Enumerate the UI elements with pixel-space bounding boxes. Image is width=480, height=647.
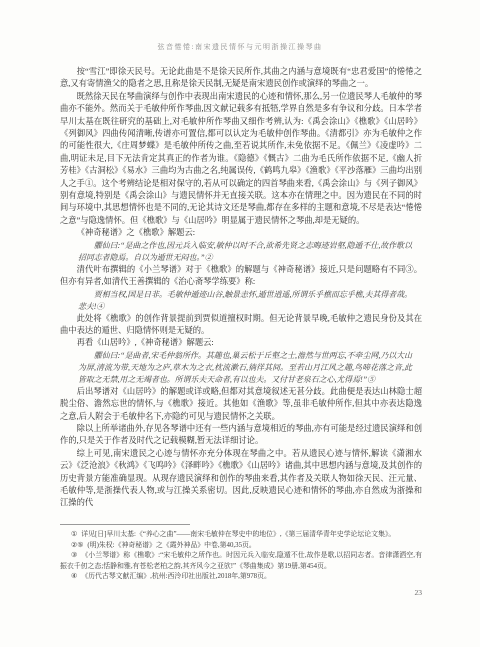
footnote-text: 详见[日]早川太基:《“养心之曲”——南宋毛敏仲在琴史中的地位》,《第三届清华青… xyxy=(81,531,395,538)
body-paragraph: 《神奇秘谱》之《樵歌》解题云: xyxy=(60,227,422,239)
block-quote: 贾相当权,国是日非。毛敏仲遁迹山谷,触景恚怀,遁世逍遥,所谓乐乎樵而忘乎樵,夫其… xyxy=(78,289,412,313)
footnote-marker: ②⑤ xyxy=(71,542,83,549)
body-paragraph: 按“雪江”即徐天民号。无论此曲是不是徐天民所作,其曲之内涵与意境既有“忠君爱国”… xyxy=(60,66,422,91)
footnote-marker: ④ xyxy=(71,573,77,580)
body-paragraph: 后出琴谱对《山居吟》的解题或详或略,但都对其意境叙述无甚分歧。此曲便是表达山林隐… xyxy=(60,386,422,423)
footnote: ③《小兰琴谱》称《樵歌》:“宋毛敏仲之所作也。时因元兵入临安,隐遁不仕,故作是歌… xyxy=(60,551,422,572)
body-paragraph: 除以上所举诸曲外,存见各琴谱中还有一些内涵与意境相近的琴曲,亦有可能是经过遗民演… xyxy=(60,423,422,448)
footnote: ①详见[日]早川太基:《“养心之曲”——南宋毛敏仲在琴史中的地位》,《第三届清华… xyxy=(60,530,422,541)
footnote-marker: ③ xyxy=(71,552,77,559)
footnote: ④《历代古琴文献汇编》,杭州:西泠印社出版社,2018年,第978页。 xyxy=(60,572,422,583)
footnotes-section: ①详见[日]早川太基:《“养心之曲”——南宋毛敏仲在琴史中的地位》,《第三届清华… xyxy=(60,524,422,583)
paper-page: 弦音惓惓:南宋遗民情怀与元明浙操江操琴曲 按“雪江”即徐天民号。无论此曲是不是徐… xyxy=(0,0,480,647)
footnote: ②⑤(明)朱权:《神奇秘谱》之《霞外神品》中卷,第40,35页。 xyxy=(60,541,422,552)
block-quote: 臞仙曰:“是曲之作也,因元兵入临安,敏仲以时不合,欲希先贤之志晦迹岩壑,隐遁不仕… xyxy=(78,240,412,264)
article-body: 按“雪江”即徐天民号。无论此曲是不是徐天民所作,其曲之内涵与意境既有“忠君爱国”… xyxy=(60,66,422,510)
block-quote: 臞仙曰:“是曲者,宋毛仲翁所作。其趣也,巢云松于丘壑之士,澹然与世两忘,不牵尘网… xyxy=(78,350,412,386)
page-number: 23 xyxy=(415,588,423,597)
footnote-text: (明)朱权:《神奇秘谱》之《霞外神品》中卷,第40,35页。 xyxy=(87,542,255,549)
body-paragraph: 既然徐天民在琴曲演绎与创作中表现出南宋遗民的心迹和情怀,那么,另一位遗民琴人毛敏… xyxy=(60,91,422,227)
body-paragraph: 清代叶布撰辑的《小兰琴谱》对于《樵歌》的解题与《神奇秘谱》接近,只是问题略有不同… xyxy=(60,264,422,289)
footnote-text: 《历代古琴文献汇编》,杭州:西泠印社出版社,2018年,第978页。 xyxy=(81,573,271,580)
footnote-text: 《小兰琴谱》称《樵歌》:“宋毛敏仲之所作也。时因元兵入临安,隐遁不仕,故作是歌,… xyxy=(60,552,422,570)
footnote-marker: ① xyxy=(71,531,77,538)
body-paragraph: 再看《山居吟》,《神奇秘谱》解题云: xyxy=(60,337,422,349)
running-head: 弦音惓惓:南宋遗民情怀与元明浙操江操琴曲 xyxy=(0,42,480,52)
footnote-separator xyxy=(60,524,190,525)
body-paragraph: 此处将《樵歌》的创作背景提前到贾似道擅权时期。但无论背景早晚,毛敏仲之遗民身份及… xyxy=(60,313,422,338)
body-paragraph: 综上可见,南宋遗民之心迹与情怀亦充分体现在琴曲之中。若从遗民心迹与情怀,解读《潇… xyxy=(60,448,422,510)
